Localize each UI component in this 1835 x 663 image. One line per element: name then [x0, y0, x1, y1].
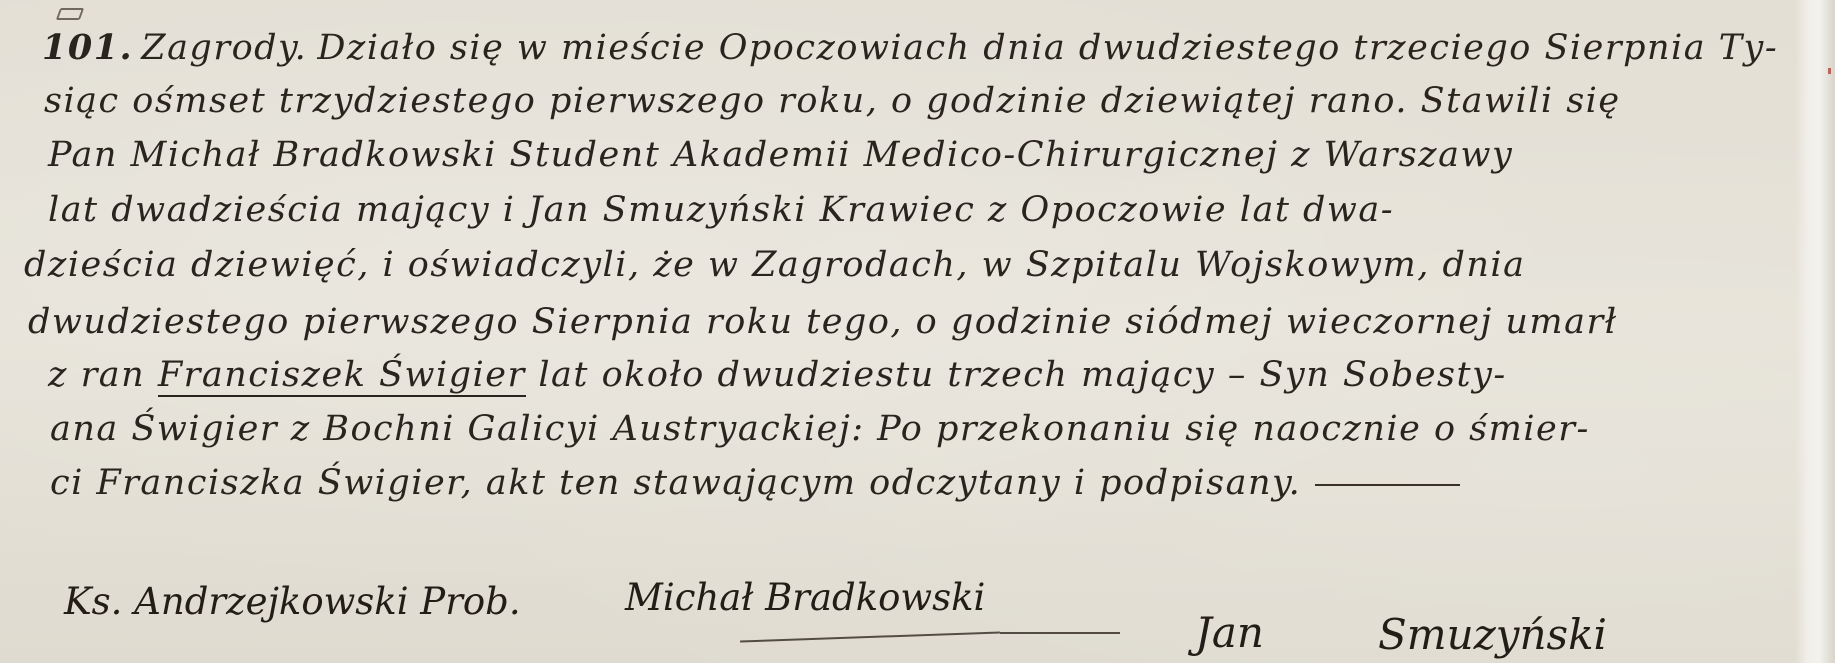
signature-witness-2-last: Smuzyński — [1378, 610, 1607, 659]
entry-box-mark — [56, 8, 84, 20]
record-line-4: lat dwadzieścia mający i Jan Smuzyński K… — [48, 193, 1394, 228]
red-margin-mark — [1828, 68, 1831, 74]
place-heading: Zagrody. — [141, 31, 307, 66]
record-line-3: Pan Michał Bradkowski Student Akademii M… — [48, 138, 1513, 173]
signature-underline — [740, 631, 1000, 642]
record-number: 101. — [42, 30, 133, 65]
record-line-5: dzieścia dziewięć, i oświadczyli, że w Z… — [24, 248, 1525, 283]
record-line-9-text: ci Franciszka Świgier, akt ten stawający… — [50, 466, 1301, 501]
record-line-8: ana Świgier z Bochni Galicyi Austryackie… — [50, 412, 1590, 447]
document-page: 101.Zagrody.Działo się w mieście Opoczow… — [0, 0, 1835, 663]
page-edge — [1795, 0, 1835, 663]
signature-witness-1: Michał Bradkowski — [625, 576, 985, 619]
record-line-7-rest: lat około dwudziestu trzech mający – Syn… — [538, 358, 1506, 393]
record-line-1: 101.Zagrody.Działo się w mieście Opoczow… — [42, 30, 1778, 66]
signature-flourish — [1000, 632, 1120, 634]
closing-rule — [1315, 484, 1460, 486]
record-line-7-start: z ran — [48, 358, 145, 393]
record-line-2: siąc ośmset trzydziestego pierwszego rok… — [44, 84, 1621, 119]
record-line-7: z ran Franciszek Świgier lat około dwudz… — [48, 358, 1507, 397]
signature-witness-2-first: Jan — [1195, 608, 1264, 657]
record-line-1-text: Działo się w mieście Opoczowiach dnia dw… — [317, 31, 1778, 66]
signature-priest: Ks. Andrzejkowski Prob. — [64, 580, 521, 623]
record-line-6: dwudziestego pierwszego Sierpnia roku te… — [28, 305, 1618, 340]
deceased-name: Franciszek Świgier — [158, 358, 526, 397]
record-line-9: ci Franciszka Świgier, akt ten stawający… — [50, 466, 1460, 501]
